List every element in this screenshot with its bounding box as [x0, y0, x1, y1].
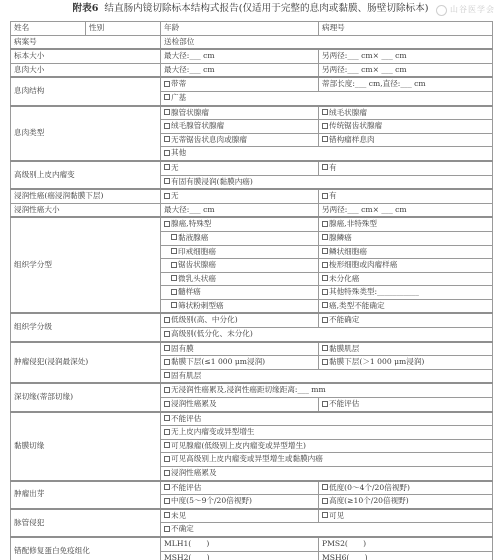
watermark: 山谷医学会	[436, 4, 495, 16]
checkbox[interactable]	[164, 470, 170, 476]
histology-type-label: 组织学分型	[11, 217, 161, 313]
table-row: 息肉结构 带蒂 蒂部长度:___ cm,直径:___ cm	[11, 77, 493, 91]
checkbox[interactable]	[164, 178, 170, 184]
option-cribriform-comedo[interactable]: 筛状粉刺型癌	[161, 299, 319, 313]
option-hgin-no[interactable]: 无	[161, 161, 319, 175]
table-row: 息肉类型 腺管状腺瘤 绒毛状腺瘤	[11, 106, 493, 120]
checkbox[interactable]	[322, 512, 328, 518]
table-row: 组织学分级 低级别(高、中分化) 不能确定	[11, 313, 493, 327]
option-mucosal-invasive[interactable]: 浸润性癌累及	[161, 467, 493, 481]
mlh1-field[interactable]: MLH1( )	[161, 537, 319, 551]
checkbox[interactable]	[164, 123, 170, 129]
option-budding-unassessable[interactable]: 不能评估	[161, 481, 319, 495]
invasive-other-diameters: 另两径:___ cm× ___ cm	[319, 203, 493, 217]
pathology-number-label: 病理号	[319, 22, 493, 36]
checkbox[interactable]	[164, 150, 170, 156]
option-adenocarcinoma-special[interactable]: 腺癌,特殊型	[161, 217, 319, 231]
checkbox[interactable]	[322, 262, 328, 268]
checkbox[interactable]	[164, 429, 170, 435]
polyp-size-label: 息肉大小	[11, 63, 161, 77]
msh6-field[interactable]: MSH6( )	[319, 551, 493, 560]
option-type-undetermined[interactable]: 癌,类型不能确定	[319, 299, 493, 313]
option-invasive-no[interactable]: 无	[161, 189, 319, 203]
checkbox[interactable]	[164, 442, 170, 448]
table-row: 病案号 送检部位	[11, 35, 493, 49]
checkbox[interactable]	[322, 302, 328, 308]
hgin-label: 高级别上皮内瘤变	[11, 161, 161, 189]
deep-margin-label: 深切缘(蒂部切缘)	[11, 383, 161, 411]
checkbox[interactable]	[322, 234, 328, 240]
option-squamous[interactable]: 鳞状细胞癌	[319, 245, 493, 259]
checkbox[interactable]	[322, 345, 328, 351]
option-muscularis-mucosae[interactable]: 黏膜肌层	[319, 342, 493, 356]
checkbox[interactable]	[322, 164, 328, 170]
table-row: 脉管侵犯 未见 可见	[11, 509, 493, 523]
option-other[interactable]: 其他	[161, 147, 493, 161]
caption-label: 附表6	[73, 3, 99, 14]
checkbox[interactable]	[322, 248, 328, 254]
table-row: 深切缘(蒂部切缘) 无浸润性癌累及,浸润性癌距切缘距离:___ mm	[11, 383, 493, 397]
pms2-field[interactable]: PMS2( )	[319, 537, 493, 551]
option-budding-intermediate[interactable]: 中度(5～9个/20倍视野)	[161, 495, 319, 509]
checkbox[interactable]	[164, 387, 170, 393]
checkbox[interactable]	[171, 248, 177, 254]
option-undifferentiated[interactable]: 未分化癌	[319, 272, 493, 286]
checkbox[interactable]	[164, 456, 170, 462]
checkbox[interactable]	[322, 317, 328, 323]
checkbox[interactable]	[164, 498, 170, 504]
table-row: 错配修复蛋白免疫组化 MLH1( ) PMS2( )	[11, 537, 493, 551]
checkbox[interactable]	[164, 94, 170, 100]
table-row: 肿瘤侵犯(浸润最深处) 固有膜 黏膜肌层	[11, 342, 493, 356]
checkbox[interactable]	[164, 484, 170, 490]
table-row: 组织学分型 腺癌,特殊型 腺癌,非特殊型	[11, 217, 493, 231]
option-serrated-adenocarcinoma[interactable]: 锯齿状腺癌	[161, 259, 319, 273]
stalk-dimensions: 蒂部长度:___ cm,直径:___ cm	[319, 77, 493, 91]
option-other-special[interactable]: 其他特殊类型:___________	[319, 286, 493, 300]
invasive-size-label: 浸润性癌大小	[11, 203, 161, 217]
checkbox[interactable]	[164, 81, 170, 87]
checkbox[interactable]	[164, 317, 170, 323]
table-row: 浸润性癌大小 最大径:___ cm 另两径:___ cm× ___ cm	[11, 203, 493, 217]
table-caption: 附表6结直肠内镜切除标本结构式报告(仅适用于完整的息肉或黏膜、肠壁切除标本)	[0, 2, 501, 16]
checkbox[interactable]	[322, 123, 328, 129]
invasive-carcinoma-label: 浸润性癌(癌浸润黏膜下层)	[11, 189, 161, 203]
age-label: 年龄	[161, 22, 319, 36]
option-low-grade[interactable]: 低级别(高、中分化)	[161, 313, 319, 327]
histology-grade-label: 组织学分级	[11, 313, 161, 341]
option-tubulovillous-adenoma[interactable]: 绒毛腺管状腺瘤	[161, 120, 319, 134]
option-hgin-yes[interactable]: 有	[319, 161, 493, 175]
option-signet-ring[interactable]: 印戒细胞癌	[161, 245, 319, 259]
checkbox[interactable]	[322, 193, 328, 199]
checkbox[interactable]	[164, 193, 170, 199]
checkbox[interactable]	[322, 498, 328, 504]
checkbox[interactable]	[164, 136, 170, 142]
option-villous-adenoma[interactable]: 绒毛状腺瘤	[319, 106, 493, 120]
invasion-depth-label: 肿瘤侵犯(浸润最深处)	[11, 342, 161, 384]
checkbox[interactable]	[171, 234, 177, 240]
option-vascular-absent[interactable]: 未见	[161, 509, 319, 523]
checkbox[interactable]	[171, 302, 177, 308]
polyp-max-diameter: 最大径:___ cm	[161, 63, 319, 77]
mucosal-margin-label: 黏膜切缘	[11, 412, 161, 481]
mmr-ihc-label: 错配修复蛋白免疫组化	[11, 537, 161, 560]
sex-label: 性别	[86, 22, 161, 36]
option-tubular-adenoma[interactable]: 腺管状腺瘤	[161, 106, 319, 120]
option-mucinous[interactable]: 黏液腺癌	[161, 231, 319, 245]
specimen-size-label: 标本大小	[11, 49, 161, 63]
option-medullary[interactable]: 髓样癌	[161, 286, 319, 300]
option-micropapillary[interactable]: 微乳头状癌	[161, 272, 319, 286]
option-muscularis-propria[interactable]: 固有肌层	[161, 369, 493, 383]
option-adenosquamous[interactable]: 腺鳞癌	[319, 231, 493, 245]
option-adenocarcinoma-nos[interactable]: 腺癌,非特殊型	[319, 217, 493, 231]
specimen-max-diameter: 最大径:___ cm	[161, 49, 319, 63]
option-deep-margin-negative[interactable]: 无浸润性癌累及,浸润性癌距切缘距离:___ mm	[161, 383, 493, 397]
checkbox[interactable]	[322, 221, 328, 227]
seal-icon	[436, 5, 447, 16]
checkbox[interactable]	[322, 359, 328, 365]
option-budding-low[interactable]: 低度(0～4个/20倍视野)	[319, 481, 493, 495]
checkbox[interactable]	[171, 289, 177, 295]
option-budding-high[interactable]: 高度(≥10个/20倍视野)	[319, 495, 493, 509]
option-high-grade[interactable]: 高级别(低分化、未分化)	[161, 328, 493, 342]
checkbox[interactable]	[171, 275, 177, 281]
option-intramucosal-carcinoma[interactable]: 有固有膜浸润(黏膜内癌)	[161, 175, 493, 189]
checkbox[interactable]	[322, 289, 328, 295]
option-grade-undetermined[interactable]: 不能确定	[319, 313, 493, 327]
option-invasive-yes[interactable]: 有	[319, 189, 493, 203]
option-mucosal-no-dysplasia[interactable]: 无上皮内瘤变或异型增生	[161, 426, 493, 440]
option-lamina-propria[interactable]: 固有膜	[161, 342, 319, 356]
table-row: 姓名 性别 年龄 病理号	[11, 22, 493, 36]
checkbox[interactable]	[164, 164, 170, 170]
msh2-field[interactable]: MSH2( )	[161, 551, 319, 560]
checkbox[interactable]	[164, 359, 170, 365]
checkbox[interactable]	[171, 262, 177, 268]
table-row: 黏膜切缘 不能评估	[11, 412, 493, 426]
option-mucosal-unassessable[interactable]: 不能评估	[161, 412, 493, 426]
option-mucosal-adenoma[interactable]: 可见腺瘤(低级别上皮内瘤变或异型增生)	[161, 439, 493, 453]
polyp-other-diameters: 另两径:___ cm× ___ cm	[319, 63, 493, 77]
checkbox[interactable]	[164, 415, 170, 421]
option-spindle-cell[interactable]: 梭形细胞或肉瘤样癌	[319, 259, 493, 273]
table-row: 高级别上皮内瘤变 无 有	[11, 161, 493, 175]
option-submucosa-gt-1000[interactable]: 黏膜下层(＞1 000 μm浸润)	[319, 356, 493, 370]
polyp-structure-label: 息肉结构	[11, 77, 161, 105]
option-deep-margin-involved[interactable]: 浸润性癌累及	[161, 398, 319, 412]
polyp-type-label: 息肉类型	[11, 106, 161, 161]
checkbox[interactable]	[164, 109, 170, 115]
vascular-invasion-label: 脉管侵犯	[11, 509, 161, 537]
table-row: 标本大小 最大径:___ cm 另两径:___ cm× ___ cm	[11, 49, 493, 63]
checkbox[interactable]	[164, 221, 170, 227]
table-row: 息肉大小 最大径:___ cm 另两径:___ cm× ___ cm	[11, 63, 493, 77]
checkbox[interactable]	[164, 345, 170, 351]
caption-title: 结直肠内镜切除标本结构式报告(仅适用于完整的息肉或黏膜、肠壁切除标本)	[104, 3, 428, 14]
table-row: 肿瘤出芽 不能评估 低度(0～4个/20倍视野)	[11, 481, 493, 495]
tumor-budding-label: 肿瘤出芽	[11, 481, 161, 509]
checkbox[interactable]	[322, 109, 328, 115]
option-mucosal-high-grade[interactable]: 可见高级别上皮内瘤变或异型增生或黏膜内癌	[161, 453, 493, 467]
checkbox[interactable]	[164, 526, 170, 532]
option-vascular-indeterminate[interactable]: 不确定	[161, 523, 493, 537]
structured-report-table: 姓名 性别 年龄 病理号 病案号 送检部位 标本大小 最大径:___ cm 另两…	[10, 21, 493, 560]
checkbox[interactable]	[322, 275, 328, 281]
option-sessile[interactable]: 广基	[161, 91, 493, 105]
specimen-other-diameters: 另两径:___ cm× ___ cm	[319, 49, 493, 63]
option-traditional-serrated-adenoma[interactable]: 传统锯齿状腺瘤	[319, 120, 493, 134]
table-row: 浸润性癌(癌浸润黏膜下层) 无 有	[11, 189, 493, 203]
option-pedunculated[interactable]: 带蒂	[161, 77, 319, 91]
checkbox[interactable]	[322, 136, 328, 142]
option-sessile-serrated[interactable]: 无蒂锯齿状息肉或腺瘤	[161, 133, 319, 147]
checkbox[interactable]	[164, 401, 170, 407]
checkbox[interactable]	[322, 484, 328, 490]
option-submucosa-le-1000[interactable]: 黏膜下层(≤1 000 μm浸润)	[161, 356, 319, 370]
option-deep-margin-unassessable[interactable]: 不能评估	[319, 398, 493, 412]
checkbox[interactable]	[164, 512, 170, 518]
site-label: 送检部位	[161, 35, 493, 49]
checkbox[interactable]	[164, 331, 170, 337]
checkbox[interactable]	[322, 401, 328, 407]
name-label: 姓名	[11, 22, 86, 36]
invasive-max-diameter: 最大径:___ cm	[161, 203, 319, 217]
case-number-label: 病案号	[11, 35, 161, 49]
checkbox[interactable]	[164, 372, 170, 378]
option-hamartomatous[interactable]: 错构瘤样息肉	[319, 133, 493, 147]
option-vascular-present[interactable]: 可见	[319, 509, 493, 523]
